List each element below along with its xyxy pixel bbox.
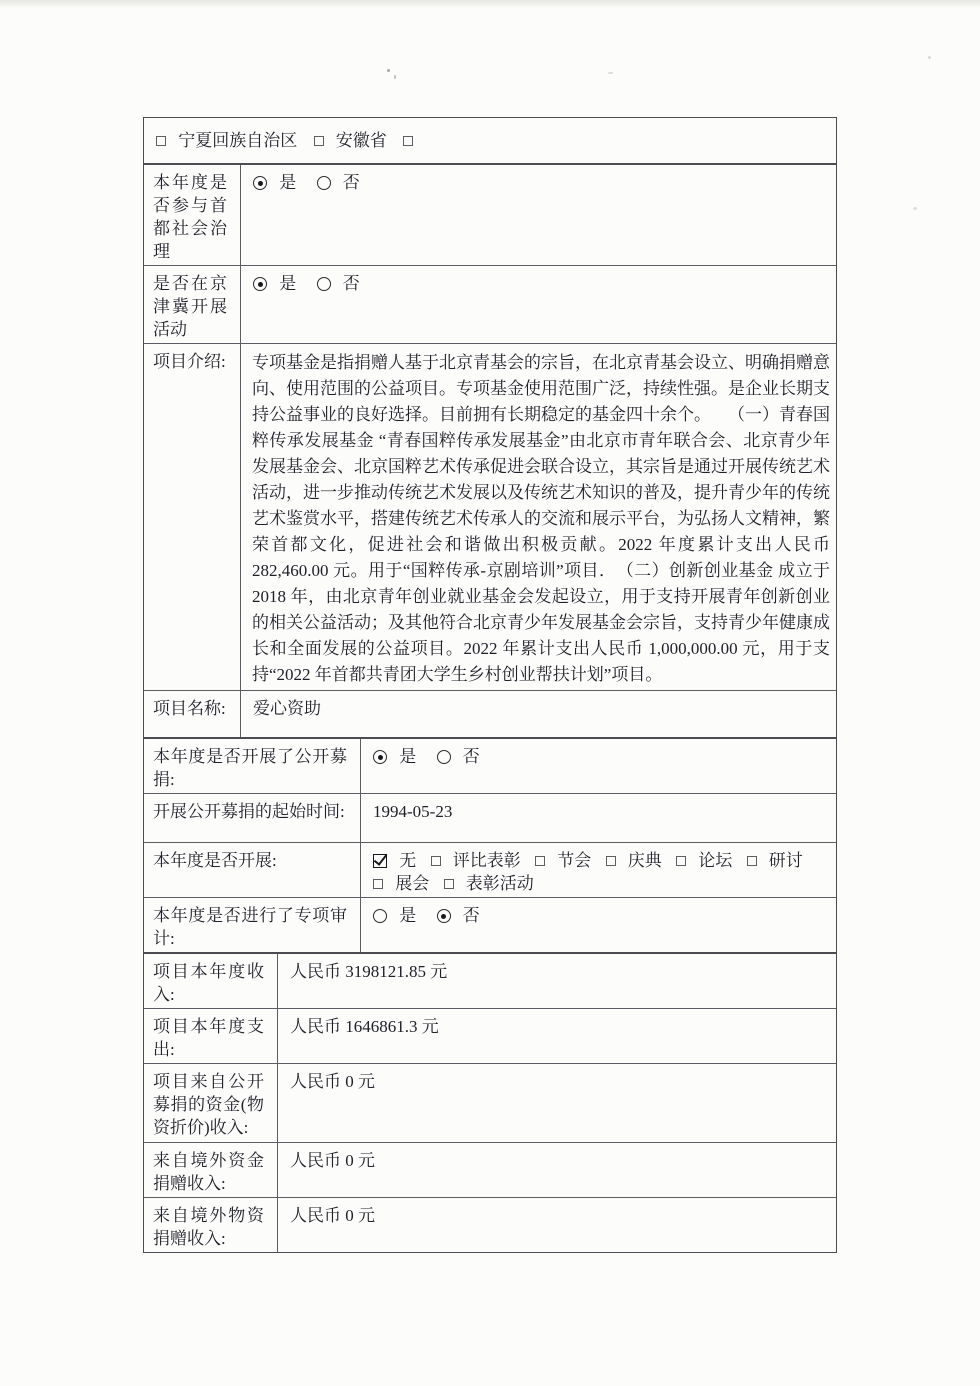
- table-row-overseas-goods-income: 来自境外物资捐赠收入: 人民币 0 元: [144, 1197, 836, 1252]
- table-row-project-intro: 项目介绍: 专项基金是指捐赠人基于北京青基会的宗旨，在北京青基会设立、明确捐赠意…: [144, 343, 836, 690]
- checkbox-icon[interactable]: [606, 856, 616, 866]
- section-region: 宁夏回族自治区 安徽省: [143, 117, 837, 164]
- field-label: 项目来自公开募捐的资金(物资折价)收入:: [144, 1064, 278, 1142]
- radio-icon[interactable]: [437, 750, 451, 764]
- radio-icon[interactable]: [437, 909, 451, 923]
- table-row-annual-income: 项目本年度收入: 人民币 3198121.85 元: [144, 954, 836, 1008]
- checkbox-option-celebration[interactable]: 庆典: [606, 849, 662, 872]
- radio-icon[interactable]: [317, 277, 331, 291]
- checkbox-option-blank[interactable]: [403, 129, 421, 152]
- field-label: 本年度是否开展了公开募捐:: [144, 739, 361, 793]
- scan-artifact: [913, 207, 917, 210]
- field-label: 项目本年度支出:: [144, 1009, 278, 1063]
- radio-icon[interactable]: [317, 176, 331, 190]
- checkbox-option-festival[interactable]: 节会: [535, 849, 591, 872]
- section-fundraising: 本年度是否开展了公开募捐: 是 否 开展公开募捐的起始时间: 1994-05-2…: [143, 738, 837, 953]
- annual-income-value: 人民币 3198121.85 元: [278, 954, 836, 1008]
- checkbox-icon[interactable]: [431, 856, 441, 866]
- project-name-value: 爱心资助: [241, 691, 836, 737]
- checkbox-label: 节会: [557, 851, 591, 870]
- checkbox-option-commendation-review[interactable]: 评比表彰: [431, 849, 521, 872]
- section-finances: 项目本年度收入: 人民币 3198121.85 元 项目本年度支出: 人民币 1…: [143, 953, 837, 1253]
- field-label: 项目本年度收入:: [144, 954, 278, 1008]
- checkbox-option-anhui[interactable]: 安徽省: [314, 129, 387, 152]
- region-options-cell: 宁夏回族自治区 安徽省: [144, 118, 836, 163]
- table-row-annual-expense: 项目本年度支出: 人民币 1646861.3 元: [144, 1008, 836, 1063]
- checkbox-label: 宁夏回族自治区: [178, 131, 297, 150]
- table-row-public-fund-income: 项目来自公开募捐的资金(物资折价)收入: 人民币 0 元: [144, 1063, 836, 1142]
- radio-icon[interactable]: [253, 176, 267, 190]
- radio-option-no[interactable]: 否: [317, 272, 360, 295]
- radio-label: 否: [343, 173, 360, 192]
- field-value: 是 否: [361, 898, 836, 952]
- checkbox-icon[interactable]: [156, 136, 166, 146]
- radio-icon[interactable]: [373, 750, 387, 764]
- radio-option-no[interactable]: 否: [317, 171, 360, 194]
- checkbox-option-exhibition[interactable]: 展会: [373, 872, 429, 895]
- radio-label: 是: [279, 173, 296, 192]
- table-row-region: 宁夏回族自治区 安徽省: [144, 118, 836, 163]
- radio-option-yes[interactable]: 是: [373, 904, 416, 927]
- radio-label: 是: [399, 747, 416, 766]
- scan-artifact: [608, 72, 613, 74]
- radio-label: 否: [343, 274, 360, 293]
- table-row-jingjinji: 是否在京津冀开展活动 是 否: [144, 265, 836, 343]
- table-row-public-fundraising: 本年度是否开展了公开募捐: 是 否: [144, 739, 836, 793]
- field-label: 是否在京津冀开展活动: [144, 266, 241, 343]
- field-label: 项目名称:: [144, 691, 241, 737]
- table-row-fundraising-start: 开展公开募捐的起始时间: 1994-05-23: [144, 793, 836, 842]
- overseas-goods-income-value: 人民币 0 元: [278, 1198, 836, 1252]
- checkbox-label: 安徽省: [336, 131, 387, 150]
- radio-option-yes[interactable]: 是: [373, 745, 416, 768]
- checkbox-option-none[interactable]: 无: [373, 849, 416, 872]
- checkbox-icon[interactable]: [747, 856, 757, 866]
- scan-artifact: [928, 56, 931, 59]
- table-row-capital-governance: 本年度是否参与首都社会治理 是 否: [144, 165, 836, 265]
- radio-label: 否: [463, 906, 480, 925]
- field-label: 来自境外物资捐赠收入:: [144, 1198, 278, 1252]
- annual-expense-value: 人民币 1646861.3 元: [278, 1009, 836, 1063]
- checkbox-option-ningxia[interactable]: 宁夏回族自治区: [156, 129, 297, 152]
- checkbox-icon[interactable]: [373, 854, 387, 868]
- radio-option-no[interactable]: 否: [437, 745, 480, 768]
- scan-artifact: [387, 69, 390, 72]
- checkbox-icon[interactable]: [444, 879, 454, 889]
- checkbox-icon[interactable]: [403, 136, 413, 146]
- field-value: 是 否: [241, 165, 836, 265]
- scan-edge-band: [0, 0, 980, 7]
- checkbox-option-commendation-activity[interactable]: 表彰活动: [444, 872, 534, 895]
- public-fund-income-value: 人民币 0 元: [278, 1064, 836, 1142]
- fundraising-start-date: 1994-05-23: [361, 794, 836, 842]
- activities-options-cell: 无 评比表彰 节会 庆典 论坛: [361, 843, 836, 897]
- checkbox-icon[interactable]: [535, 856, 545, 866]
- table-row-overseas-fund-income: 来自境外资金捐赠收入: 人民币 0 元: [144, 1142, 836, 1197]
- field-label: 本年度是否参与首都社会治理: [144, 165, 241, 265]
- checkbox-label: 论坛: [698, 851, 732, 870]
- checkbox-label: 展会: [395, 874, 429, 893]
- radio-option-no[interactable]: 否: [437, 904, 480, 927]
- field-label: 本年度是否进行了专项审计:: [144, 898, 361, 952]
- checkbox-icon[interactable]: [314, 136, 324, 146]
- scan-artifact: [394, 75, 396, 79]
- field-label: 项目介绍:: [144, 344, 241, 690]
- field-value: 是 否: [361, 739, 836, 793]
- radio-label: 是: [279, 274, 296, 293]
- section-project-info: 本年度是否参与首都社会治理 是 否 是否在京津冀开展活动 是: [143, 164, 837, 738]
- table-row-project-name: 项目名称: 爱心资助: [144, 690, 836, 737]
- checkbox-label: 评比表彰: [453, 851, 521, 870]
- radio-label: 是: [399, 906, 416, 925]
- field-label: 开展公开募捐的起始时间:: [144, 794, 361, 842]
- radio-icon[interactable]: [253, 277, 267, 291]
- table-row-special-audit: 本年度是否进行了专项审计: 是 否: [144, 897, 836, 952]
- checkbox-label: 表彰活动: [466, 874, 534, 893]
- checkbox-option-seminar[interactable]: 研讨: [747, 849, 803, 872]
- field-label: 本年度是否开展:: [144, 843, 361, 897]
- field-label: 来自境外资金捐赠收入:: [144, 1143, 278, 1197]
- table-row-activities: 本年度是否开展: 无 评比表彰 节会 庆典: [144, 842, 836, 897]
- overseas-fund-income-value: 人民币 0 元: [278, 1143, 836, 1197]
- checkbox-option-forum[interactable]: 论坛: [676, 849, 732, 872]
- radio-icon[interactable]: [373, 909, 387, 923]
- radio-option-yes[interactable]: 是: [253, 171, 296, 194]
- scanned-form-page: { "document": { "region_row": { "items":…: [0, 0, 980, 1386]
- checkbox-label: 庆典: [628, 851, 662, 870]
- checkbox-icon[interactable]: [373, 879, 383, 889]
- project-intro-text: 专项基金是指捐赠人基于北京青基会的宗旨，在北京青基会设立、明确捐赠意向、使用范围…: [241, 344, 836, 690]
- annual-report-form-table: 宁夏回族自治区 安徽省 本年度是否参与首都社会治理 是: [143, 117, 837, 1253]
- field-value: 是 否: [241, 266, 836, 343]
- checkbox-label: 研讨: [769, 851, 803, 870]
- checkbox-icon[interactable]: [676, 856, 686, 866]
- radio-option-yes[interactable]: 是: [253, 272, 296, 295]
- radio-label: 否: [463, 747, 480, 766]
- checkbox-label: 无: [399, 851, 416, 870]
